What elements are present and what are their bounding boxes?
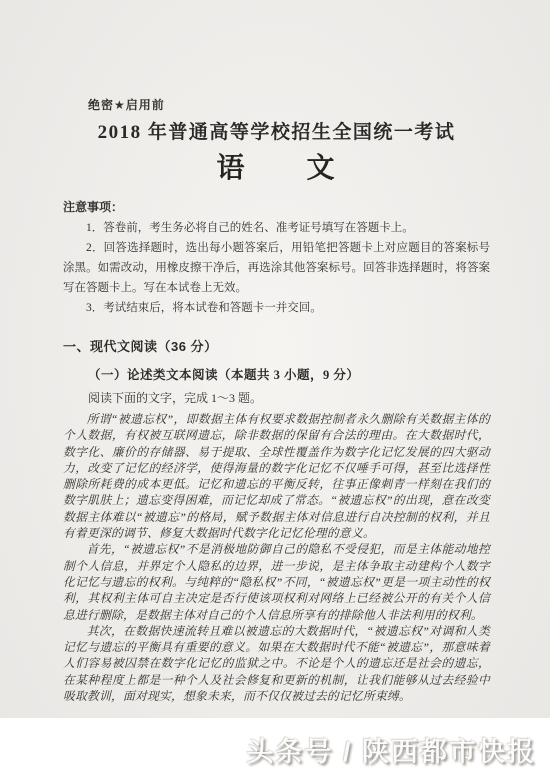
subject-title: 语 文 [63,146,490,186]
passage-paragraph-1: 所谓“被遗忘权”，即数据主体有权要求数据控制者永久删除有关数据主体的个人数据，有… [63,411,490,541]
exam-title: 2018 年普通高等学校招生全国统一考试 [63,117,490,144]
notice-section: 注意事项： 1．答卷前，考生务必将自己的姓名、准考证号填写在答题卡上。 2．回答… [63,198,490,318]
section-heading-modern-text-reading: 一、现代文阅读（36 分） [63,336,490,355]
exam-sheet: 绝密★启用前 2018 年普通高等学校招生全国统一考试 语 文 注意事项： 1．… [0,0,550,731]
notice-item-2: 2．回答选择题时，选出每小题答案后，用铅笔把答题卡上对应题目的答案标号涂黑。如需… [63,238,490,298]
reading-instruction: 阅读下面的文字，完成 1～3 题。 [63,389,490,406]
notice-item-1: 1．答卷前，考生务必将自己的姓名、准考证号填写在答题卡上。 [63,218,490,238]
passage-paragraph-2: 首先，“被遗忘权”不是消极地防御自己的隐私不受侵犯，而是主体能动地控制个人信息，… [63,541,490,622]
passage-paragraph-3: 其次，在数据快速流转且难以被遗忘的大数据时代，“被遗忘权”对调和人类记忆与遗忘的… [63,623,490,704]
scanned-exam-page: 绝密★启用前 2018 年普通高等学校招生全国统一考试 语 文 注意事项： 1．… [0,0,550,780]
classification-label: 绝密★启用前 [88,96,490,113]
notice-heading: 注意事项： [63,198,490,215]
notice-item-3: 3．考试结束后，将本试卷和答题卡一并交回。 [63,298,490,318]
watermark-text: 头条号 / 陕西都市快报 [246,730,536,769]
reading-passage: 所谓“被遗忘权”，即数据主体有权要求数据控制者永久删除有关数据主体的个人数据，有… [63,411,490,704]
subsection-heading-argumentative-text: （一）论述类文本阅读（本题共 3 小题，9 分） [63,365,490,383]
watermark-strip: 头条号 / 陕西都市快报 [0,718,550,780]
